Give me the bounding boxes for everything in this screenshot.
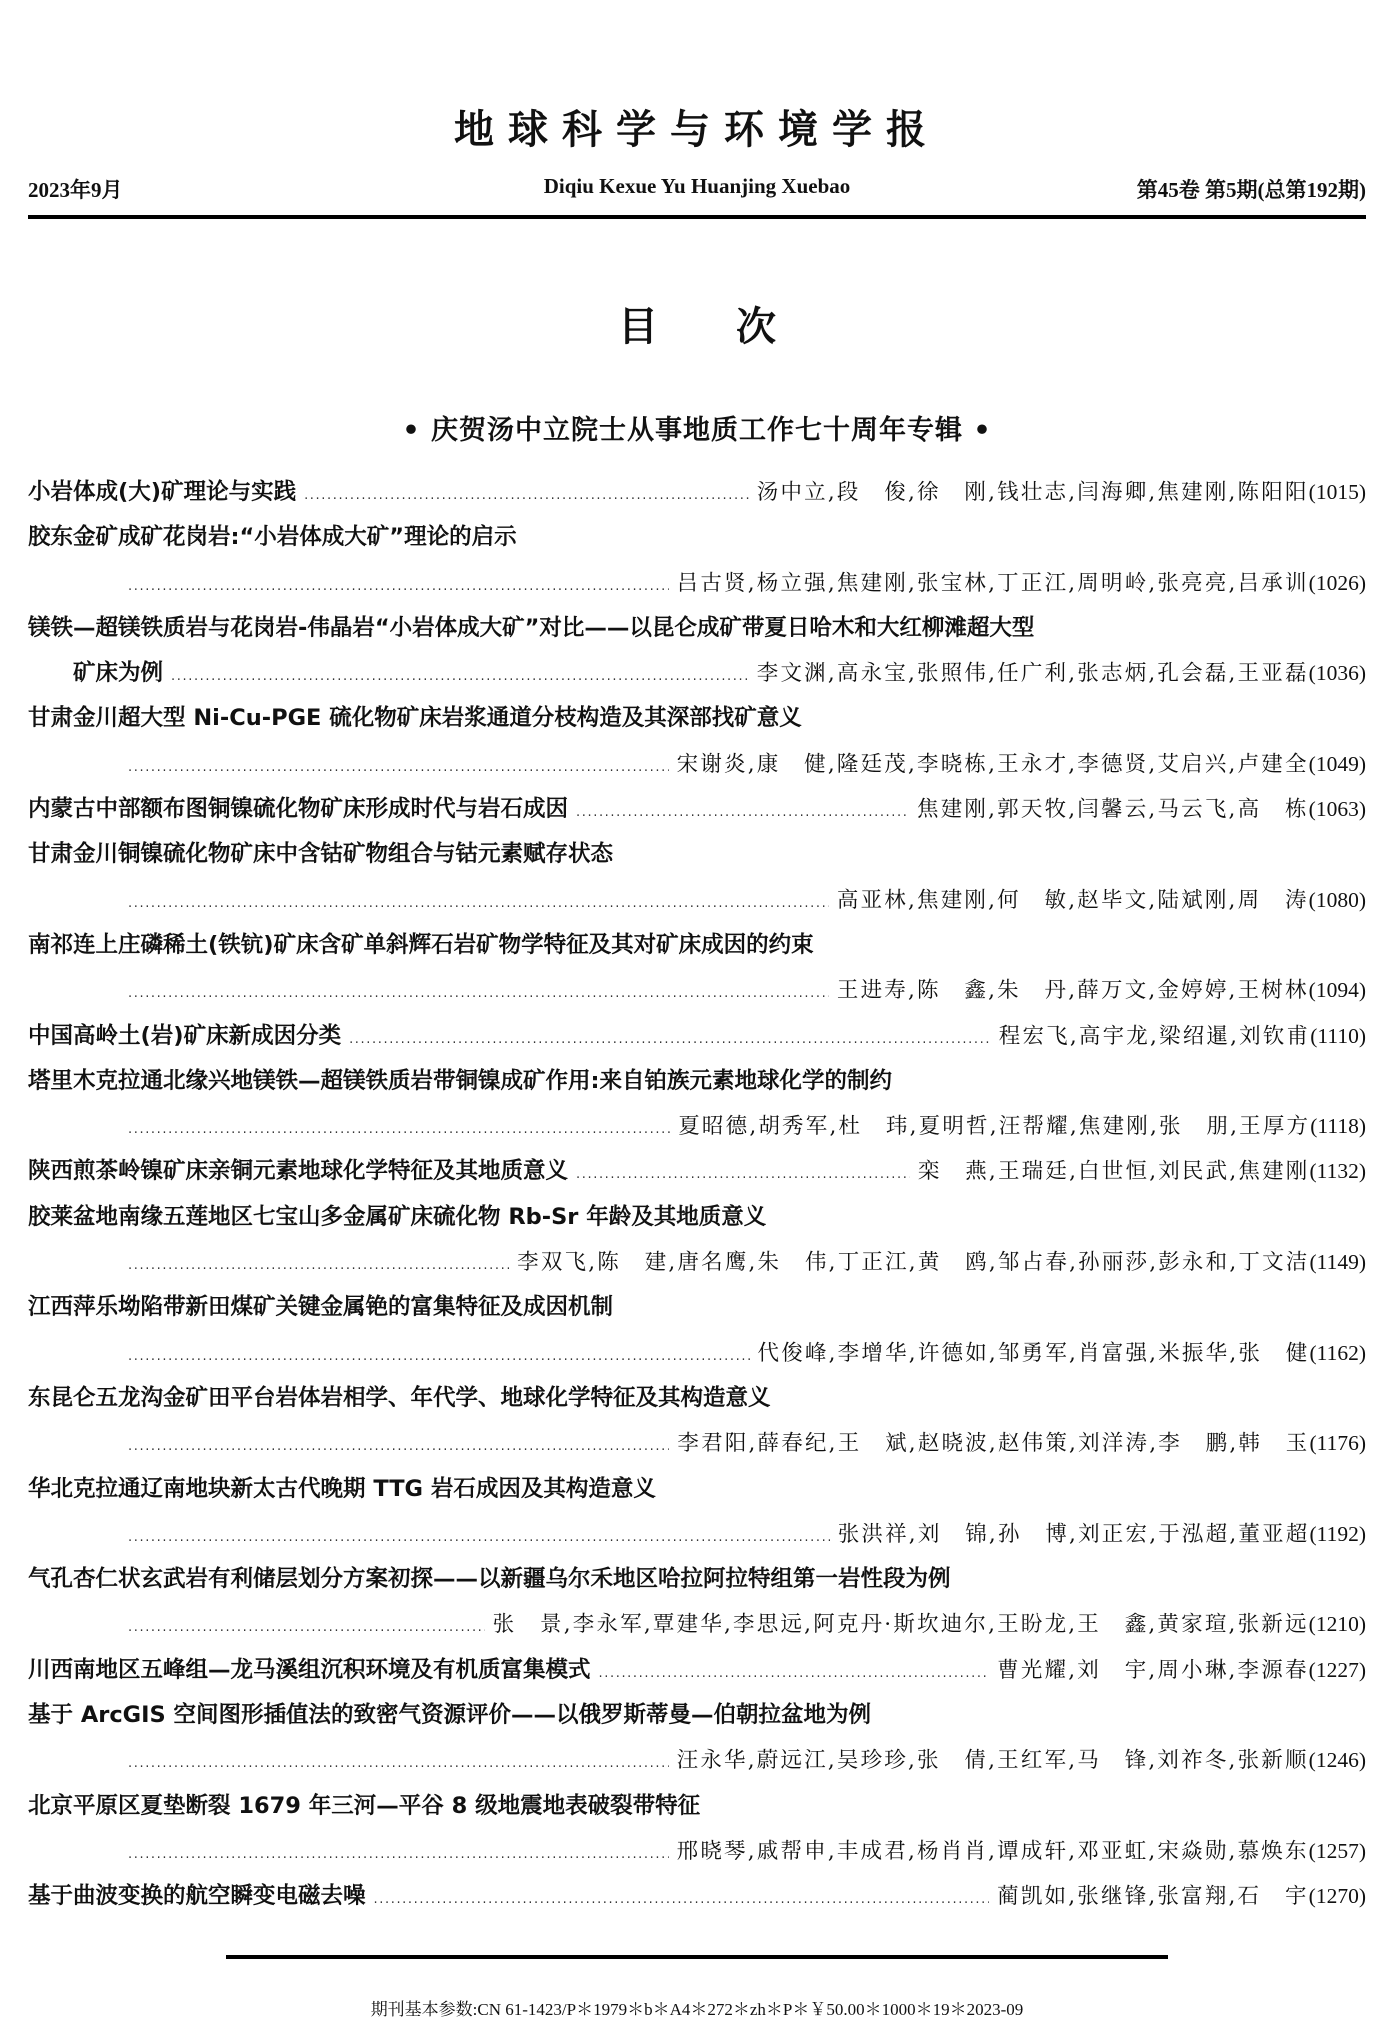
leader-dots <box>128 1515 830 1560</box>
toc-entry-authors-line: 汪永华,蔚远江,吴珍珍,张 倩,王红军,马 锋,刘祚冬,张新顺 (1246) <box>28 1738 1366 1783</box>
toc-entry[interactable]: 小岩体成(大)矿理论与实践 汤中立,段 俊,徐 刚,钱壮志,闫海卿,焦建刚,陈阳… <box>28 470 1366 515</box>
leader-dots <box>304 473 749 518</box>
page-number: (1176) <box>1309 1421 1366 1466</box>
article-authors: 栾 燕,王瑞廷,白世恒,刘民武,焦建刚 <box>918 1149 1310 1194</box>
article-title[interactable]: 陕西煎茶岭镍矿床亲铜元素地球化学特征及其地质意义 <box>28 1149 568 1194</box>
article-authors: 代俊峰,李增华,许德如,邹勇军,肖富强,米振华,张 健 <box>758 1331 1310 1376</box>
article-title[interactable]: 镁铁—超镁铁质岩与花岗岩-伟晶岩“小岩体成大矿”对比——以昆仑成矿带夏日哈木和大… <box>28 606 1034 651</box>
page-number: (1080) <box>1309 878 1366 923</box>
article-authors: 宋谢炎,康 健,隆廷茂,李晓栋,王永才,李德贤,艾启兴,卢建全 <box>677 742 1309 787</box>
toc-entry-authors-line: 王进寿,陈 鑫,朱 丹,薛万文,金婷婷,王树林 (1094) <box>28 968 1366 1013</box>
article-title-continuation[interactable]: 矿床为例 <box>28 651 163 696</box>
page-number: (1026) <box>1309 561 1366 606</box>
article-title[interactable]: 北京平原区夏垫断裂 1679 年三河—平谷 8 级地震地表破裂带特征 <box>28 1784 700 1829</box>
article-authors: 王进寿,陈 鑫,朱 丹,薛万文,金婷婷,王树林 <box>837 968 1309 1013</box>
article-authors: 汤中立,段 俊,徐 刚,钱壮志,闫海卿,焦建刚,陈阳阳 <box>757 470 1309 515</box>
article-title[interactable]: 内蒙古中部额布图铜镍硫化物矿床形成时代与岩石成因 <box>28 787 568 832</box>
article-title[interactable]: 小岩体成(大)矿理论与实践 <box>28 470 296 515</box>
article-authors: 汪永华,蔚远江,吴珍珍,张 倩,王红军,马 锋,刘祚冬,张新顺 <box>677 1738 1309 1783</box>
toc-entry-authors-line: 宋谢炎,康 健,隆廷茂,李晓栋,王永才,李德贤,艾启兴,卢建全 (1049) <box>28 742 1366 787</box>
article-title[interactable]: 塔里木克拉通北缘兴地镁铁—超镁铁质岩带铜镍成矿作用:来自铂族元素地球化学的制约 <box>28 1059 892 1104</box>
leader-dots <box>171 654 749 699</box>
article-authors: 高亚林,焦建刚,何 敏,赵毕文,陆斌刚,周 涛 <box>837 878 1309 923</box>
journal-title: 地球科学与环境学报 <box>0 98 1394 155</box>
table-of-contents: 小岩体成(大)矿理论与实践 汤中立,段 俊,徐 刚,钱壮志,闫海卿,焦建刚,陈阳… <box>28 470 1366 1920</box>
section-header: • 庆贺汤中立院士从事地质工作七十周年专辑 • <box>0 408 1394 447</box>
article-title[interactable]: 胶东金矿成矿花岗岩:“小岩体成大矿”理论的启示 <box>28 515 517 560</box>
toc-entry[interactable]: 内蒙古中部额布图铜镍硫化物矿床形成时代与岩石成因 焦建刚,郭天牧,闫馨云,马云飞… <box>28 787 1366 832</box>
article-title[interactable]: 东昆仑五龙沟金矿田平台岩体岩相学、年代学、地球化学特征及其构造意义 <box>28 1376 771 1421</box>
article-title[interactable]: 川西南地区五峰组—龙马溪组沉积环境及有机质富集模式 <box>28 1648 591 1693</box>
article-authors: 李双飞,陈 建,唐名鹰,朱 伟,丁正江,黄 鸥,邹占春,孙丽莎,彭永和,丁文洁 <box>517 1240 1309 1285</box>
article-authors: 李文渊,高永宝,张照伟,任广利,张志炳,孔会磊,王亚磊 <box>757 651 1309 696</box>
article-title[interactable]: 南祁连上庄磷稀土(铁钪)矿床含矿单斜辉石岩矿物学特征及其对矿床成因的约束 <box>28 923 814 968</box>
article-authors: 张洪祥,刘 锦,孙 博,刘正宏,于泓超,董亚超 <box>838 1512 1310 1557</box>
leader-dots <box>128 1605 485 1650</box>
leader-dots <box>128 745 669 790</box>
toc-entry[interactable]: 塔里木克拉通北缘兴地镁铁—超镁铁质岩带铜镍成矿作用:来自铂族元素地球化学的制约 <box>28 1059 1366 1104</box>
page-number: (1015) <box>1309 470 1366 515</box>
article-title[interactable]: 胶莱盆地南缘五莲地区七宝山多金属矿床硫化物 Rb-Sr 年龄及其地质意义 <box>28 1195 766 1240</box>
leader-dots <box>128 1741 669 1786</box>
leader-dots <box>128 1334 750 1379</box>
article-title[interactable]: 基于曲波变换的航空瞬变电磁去噪 <box>28 1874 366 1919</box>
page-number: (1063) <box>1309 787 1366 832</box>
toc-entry[interactable]: 基于 ArcGIS 空间图形插值法的致密气资源评价——以俄罗斯蒂曼—伯朝拉盆地为… <box>28 1693 1366 1738</box>
toc-entry[interactable]: 东昆仑五龙沟金矿田平台岩体岩相学、年代学、地球化学特征及其构造意义 <box>28 1376 1366 1421</box>
leader-dots <box>374 1877 990 1922</box>
leader-dots <box>128 971 829 1016</box>
toc-entry-authors-line: 吕古贤,杨立强,焦建刚,张宝林,丁正江,周明岭,张亮亮,吕承训 (1026) <box>28 561 1366 606</box>
page-number: (1094) <box>1309 968 1366 1013</box>
page-number: (1149) <box>1309 1240 1366 1285</box>
page-number: (1118) <box>1310 1104 1366 1149</box>
toc-entry[interactable]: 北京平原区夏垫断裂 1679 年三河—平谷 8 级地震地表破裂带特征 <box>28 1784 1366 1829</box>
leader-dots <box>128 881 829 926</box>
leader-dots <box>128 1107 670 1152</box>
page-number: (1227) <box>1309 1648 1366 1693</box>
toc-heading: 目次 <box>0 295 1394 352</box>
article-title[interactable]: 江西萍乐坳陷带新田煤矿关键金属铯的富集特征及成因机制 <box>28 1285 613 1330</box>
page-number: (1257) <box>1309 1829 1366 1874</box>
leader-dots <box>576 790 909 835</box>
article-authors: 焦建刚,郭天牧,闫馨云,马云飞,高 栋 <box>917 787 1309 832</box>
page-number: (1110) <box>1310 1014 1366 1059</box>
article-title[interactable]: 华北克拉通辽南地块新太古代晚期 TTG 岩石成因及其构造意义 <box>28 1467 656 1512</box>
toc-entry[interactable]: 甘肃金川超大型 Ni-Cu-PGE 硫化物矿床岩浆通道分枝构造及其深部找矿意义 <box>28 696 1366 741</box>
leader-dots <box>349 1017 991 1062</box>
article-title[interactable]: 甘肃金川铜镍硫化物矿床中含钴矿物组合与钴元素赋存状态 <box>28 832 613 877</box>
leader-dots <box>128 1424 669 1469</box>
toc-entry[interactable]: 江西萍乐坳陷带新田煤矿关键金属铯的富集特征及成因机制 <box>28 1285 1366 1330</box>
toc-heading-char-1: 目 <box>618 295 658 352</box>
toc-entry-authors-line: 李双飞,陈 建,唐名鹰,朱 伟,丁正江,黄 鸥,邹占春,孙丽莎,彭永和,丁文洁 … <box>28 1240 1366 1285</box>
toc-entry[interactable]: 镁铁—超镁铁质岩与花岗岩-伟晶岩“小岩体成大矿”对比——以昆仑成矿带夏日哈木和大… <box>28 606 1366 651</box>
page-number: (1036) <box>1309 651 1366 696</box>
page-number: (1246) <box>1309 1738 1366 1783</box>
article-authors: 张 景,李永军,覃建华,李思远,阿克丹·斯坎迪尔,王盼龙,王 鑫,黄家瑄,张新远 <box>493 1602 1309 1647</box>
article-title[interactable]: 基于 ArcGIS 空间图形插值法的致密气资源评价——以俄罗斯蒂曼—伯朝拉盆地为… <box>28 1693 871 1738</box>
article-authors: 吕古贤,杨立强,焦建刚,张宝林,丁正江,周明岭,张亮亮,吕承训 <box>677 561 1309 606</box>
page-number: (1210) <box>1309 1602 1366 1647</box>
leader-dots <box>128 1832 669 1877</box>
toc-entry-authors-line: 张洪祥,刘 锦,孙 博,刘正宏,于泓超,董亚超 (1192) <box>28 1512 1366 1557</box>
toc-entry[interactable]: 川西南地区五峰组—龙马溪组沉积环境及有机质富集模式 曹光耀,刘 宇,周小琳,李源… <box>28 1648 1366 1693</box>
toc-entry-authors-line: 夏昭德,胡秀军,杜 玮,夏明哲,汪帮耀,焦建刚,张 朋,王厚方 (1118) <box>28 1104 1366 1149</box>
leader-dots <box>576 1152 910 1197</box>
toc-entry[interactable]: 陕西煎茶岭镍矿床亲铜元素地球化学特征及其地质意义 栾 燕,王瑞廷,白世恒,刘民武… <box>28 1149 1366 1194</box>
toc-entry[interactable]: 基于曲波变换的航空瞬变电磁去噪 蔺凯如,张继锋,张富翔,石 宇 (1270) <box>28 1874 1366 1919</box>
footer-divider <box>226 1955 1168 1959</box>
toc-entry[interactable]: 中国高岭土(岩)矿床新成因分类 程宏飞,高宇龙,梁绍暹,刘钦甫 (1110) <box>28 1014 1366 1059</box>
article-authors: 程宏飞,高宇龙,梁绍暹,刘钦甫 <box>999 1014 1311 1059</box>
article-authors: 蔺凯如,张继锋,张富翔,石 宇 <box>997 1874 1309 1919</box>
article-authors: 夏昭德,胡秀军,杜 玮,夏明哲,汪帮耀,焦建刚,张 朋,王厚方 <box>678 1104 1310 1149</box>
toc-entry[interactable]: 华北克拉通辽南地块新太古代晚期 TTG 岩石成因及其构造意义 <box>28 1467 1366 1512</box>
masthead-meta: 2023年9月 Diqiu Kexue Yu Huanjing Xuebao 第… <box>28 174 1366 204</box>
page-number: (1049) <box>1309 742 1366 787</box>
leader-dots <box>128 1243 509 1288</box>
toc-entry[interactable]: 南祁连上庄磷稀土(铁钪)矿床含矿单斜辉石岩矿物学特征及其对矿床成因的约束 <box>28 923 1366 968</box>
article-title[interactable]: 气孔杏仁状玄武岩有利储层划分方案初探——以新疆乌尔禾地区哈拉阿拉特组第一岩性段为… <box>28 1557 951 1602</box>
toc-entry[interactable]: 甘肃金川铜镍硫化物矿床中含钴矿物组合与钴元素赋存状态 <box>28 832 1366 877</box>
toc-entry-authors-line: 矿床为例 李文渊,高永宝,张照伟,任广利,张志炳,孔会磊,王亚磊 (1036) <box>28 651 1366 696</box>
page-number: (1270) <box>1309 1874 1366 1919</box>
article-title[interactable]: 甘肃金川超大型 Ni-Cu-PGE 硫化物矿床岩浆通道分枝构造及其深部找矿意义 <box>28 696 802 741</box>
toc-entry-authors-line: 高亚林,焦建刚,何 敏,赵毕文,陆斌刚,周 涛 (1080) <box>28 878 1366 923</box>
header-divider <box>28 215 1366 219</box>
volume-issue: 第45卷 第5期(总第192期) <box>1137 174 1366 204</box>
article-authors: 邢晓琴,戚帮申,丰成君,杨肖肖,谭成轩,邓亚虹,宋焱勋,慕焕东 <box>677 1829 1309 1874</box>
article-authors: 曹光耀,刘 宇,周小琳,李源春 <box>997 1648 1309 1693</box>
leader-dots <box>599 1651 990 1696</box>
toc-entry-authors-line: 张 景,李永军,覃建华,李思远,阿克丹·斯坎迪尔,王盼龙,王 鑫,黄家瑄,张新远… <box>28 1602 1366 1647</box>
toc-entry[interactable]: 胶东金矿成矿花岗岩:“小岩体成大矿”理论的启示 <box>28 515 1366 560</box>
journal-parameters: 期刊基本参数:CN 61-1423/P＊1979＊b＊A4＊272＊zh＊P＊￥… <box>0 1995 1394 2020</box>
article-title[interactable]: 中国高岭土(岩)矿床新成因分类 <box>28 1014 341 1059</box>
page-number: (1162) <box>1309 1331 1366 1376</box>
toc-entry-authors-line: 邢晓琴,戚帮申,丰成君,杨肖肖,谭成轩,邓亚虹,宋焱勋,慕焕东 (1257) <box>28 1829 1366 1874</box>
page-number: (1132) <box>1309 1149 1366 1194</box>
page-number: (1192) <box>1309 1512 1366 1557</box>
leader-dots <box>128 564 669 609</box>
toc-entry[interactable]: 气孔杏仁状玄武岩有利储层划分方案初探——以新疆乌尔禾地区哈拉阿拉特组第一岩性段为… <box>28 1557 1366 1602</box>
toc-entry[interactable]: 胶莱盆地南缘五莲地区七宝山多金属矿床硫化物 Rb-Sr 年龄及其地质意义 <box>28 1195 1366 1240</box>
toc-heading-char-2: 次 <box>736 295 776 352</box>
toc-entry-authors-line: 李君阳,薛春纪,王 斌,赵晓波,赵伟策,刘洋涛,李 鹏,韩 玉 (1176) <box>28 1421 1366 1466</box>
article-authors: 李君阳,薛春纪,王 斌,赵晓波,赵伟策,刘洋涛,李 鹏,韩 玉 <box>677 1421 1309 1466</box>
toc-entry-authors-line: 代俊峰,李增华,许德如,邹勇军,肖富强,米振华,张 健 (1162) <box>28 1331 1366 1376</box>
